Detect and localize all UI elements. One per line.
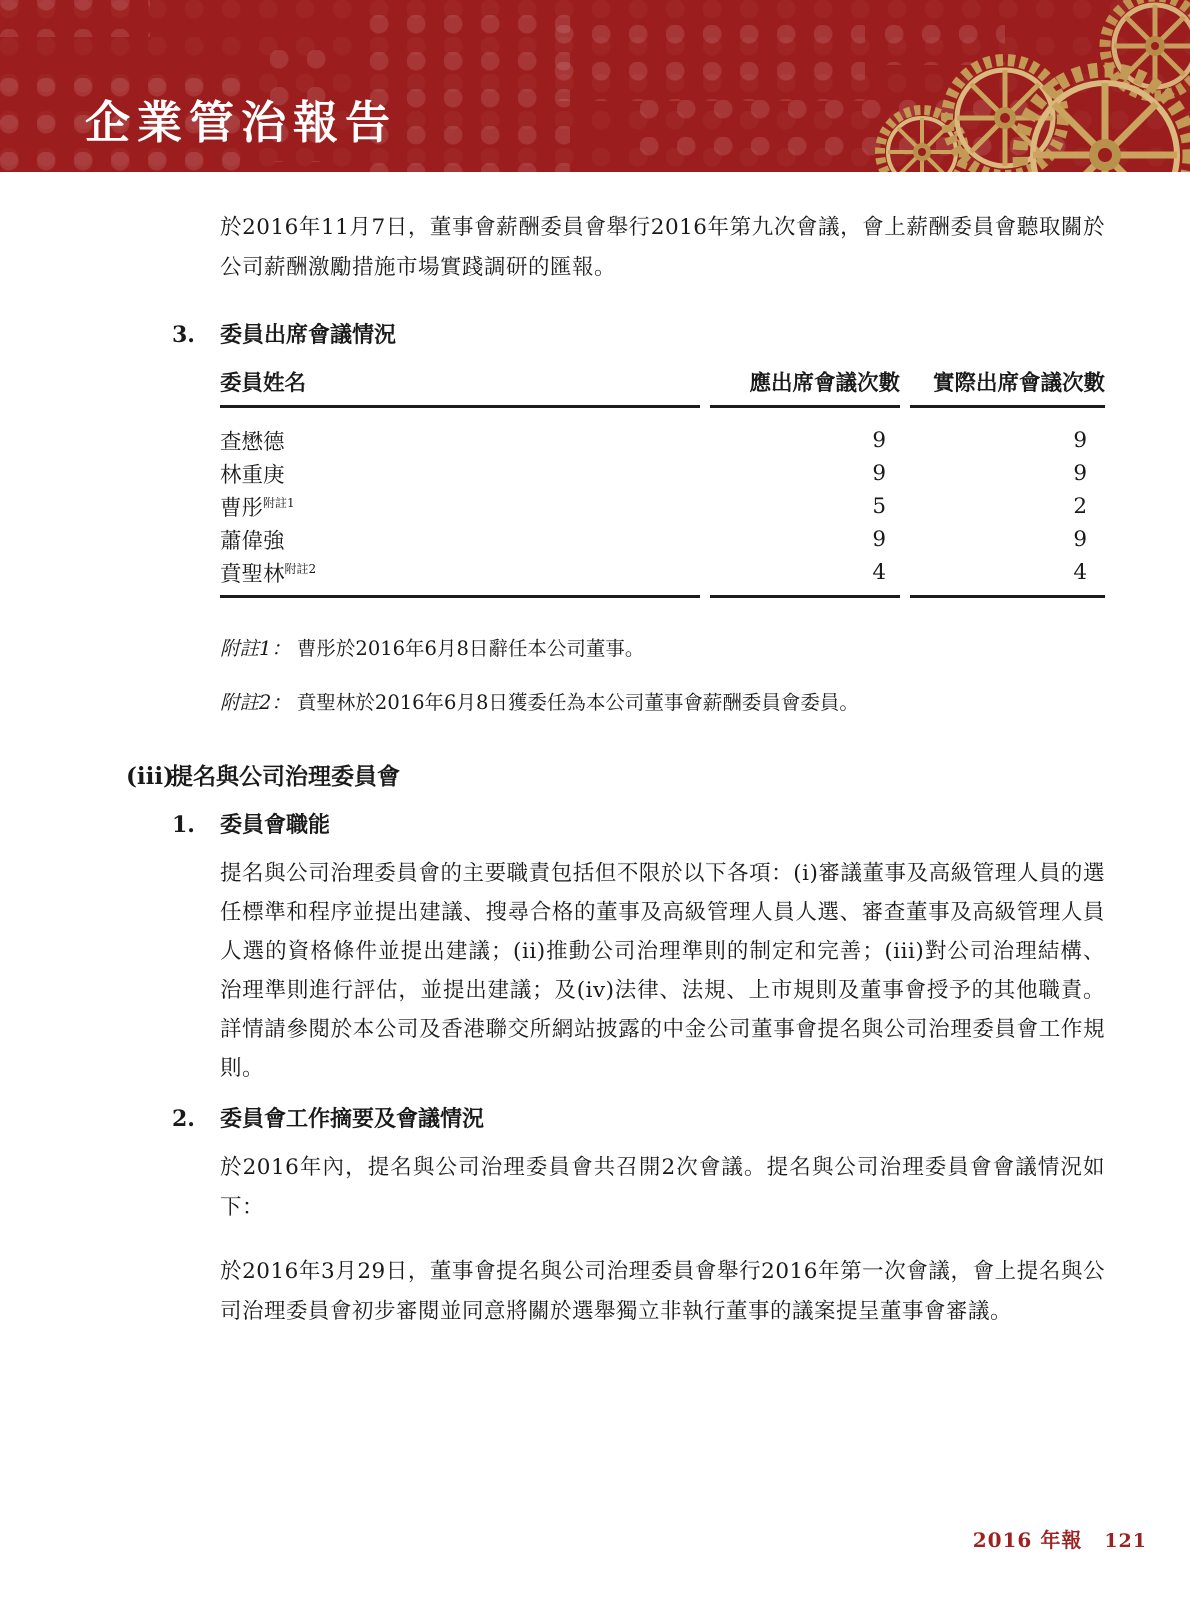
required-count: 9	[710, 457, 900, 490]
actual-count: 9	[910, 523, 1105, 556]
table-header-row: 委員姓名 應出席會議次數 實際出席會議次數	[220, 360, 1105, 408]
page-content: 於2016年11月7日，董事會薪酬委員會舉行2016年第九次會議，會上薪酬委員會…	[0, 172, 1190, 1332]
dot-pattern	[555, 25, 865, 101]
required-count: 4	[710, 556, 900, 598]
section-3-heading: 3. 委員出席會議情況	[172, 320, 1105, 350]
report-name: 2016 年報	[973, 1524, 1083, 1553]
table-row: 蕭偉強 9 9	[220, 523, 1105, 556]
section-number: 3.	[172, 320, 220, 350]
page-footer: 2016 年報 121	[973, 1524, 1147, 1553]
member-name: 賁聖林	[220, 562, 285, 587]
gears-decoration-image	[850, 0, 1190, 172]
required-count: 5	[710, 490, 900, 523]
first-meeting-paragraph: 於2016年3月29日，董事會提名與公司治理委員會舉行2016年第一次會議，會上…	[220, 1252, 1105, 1332]
column-header-required-attendance: 應出席會議次數	[710, 360, 900, 408]
actual-count: 9	[910, 457, 1105, 490]
report-page: 企業管治報告 於2016年11月7日，董事會薪酬委員會舉行2016年第九次會議，…	[0, 0, 1190, 1615]
table-row: 林重庚 9 9	[220, 457, 1105, 490]
required-count: 9	[710, 408, 900, 457]
member-name: 蕭偉強	[220, 529, 285, 554]
footnote-text: 曹彤於2016年6月8日辭任本公司董事。	[297, 637, 644, 660]
subsection-1-heading: 1. 委員會職能	[172, 810, 1105, 840]
meetings-summary-paragraph: 於2016年內，提名與公司治理委員會共召開2次會議。提名與公司治理委員會會議情況…	[220, 1148, 1105, 1228]
footnote-2: 附註2：賁聖林於2016年6月8日獲委任為本公司董事會薪酬委員會委員。	[220, 690, 1105, 716]
member-name: 曹彤	[220, 496, 263, 521]
footnote-ref: 附註2	[285, 562, 317, 576]
section-number: 2.	[172, 1104, 220, 1134]
table-row: 查懋德 9 9	[220, 408, 1105, 457]
footnote-ref: 附註1	[263, 496, 295, 510]
column-header-actual-attendance: 實際出席會議次數	[910, 360, 1105, 408]
section-title: 委員出席會議情況	[220, 320, 396, 350]
table-row: 曹彤附註1 5 2	[220, 490, 1105, 523]
subsection-2-heading: 2. 委員會工作摘要及會議情況	[172, 1104, 1105, 1134]
section-title: 委員會工作摘要及會議情況	[220, 1104, 484, 1134]
required-count: 9	[710, 523, 900, 556]
footnote-1: 附註1：曹彤於2016年6月8日辭任本公司董事。	[220, 636, 1105, 662]
section-title: 提名與公司治理委員會	[170, 762, 400, 792]
footnote-text: 賁聖林於2016年6月8日獲委任為本公司董事會薪酬委員會委員。	[297, 691, 859, 714]
member-name: 林重庚	[220, 463, 285, 488]
page-title: 企業管治報告	[85, 100, 397, 145]
remuneration-meeting-paragraph: 於2016年11月7日，董事會薪酬委員會舉行2016年第九次會議，會上薪酬委員會…	[220, 208, 1105, 288]
actual-count: 9	[910, 408, 1105, 457]
dot-pattern	[370, 15, 570, 172]
table-row: 賁聖林附註2 4 4	[220, 556, 1105, 598]
member-name: 查懋德	[220, 430, 285, 455]
section-title: 委員會職能	[220, 810, 330, 840]
page-header-banner: 企業管治報告	[0, 0, 1190, 172]
section-number: (iii)	[126, 762, 170, 792]
footnote-label: 附註2：	[220, 691, 291, 714]
section-number: 1.	[172, 810, 220, 840]
actual-count: 2	[910, 490, 1105, 523]
dot-pattern	[0, 0, 150, 37]
page-number: 121	[1104, 1530, 1147, 1552]
attendance-table: 委員姓名 應出席會議次數 實際出席會議次數 查懋德 9 9 林重庚 9 9 曹彤…	[210, 360, 1115, 598]
footnote-label: 附註1：	[220, 637, 291, 660]
committee-duties-paragraph: 提名與公司治理委員會的主要職責包括但不限於以下各項：(i)審議董事及高級管理人員…	[220, 854, 1105, 1088]
column-header-member-name: 委員姓名	[220, 360, 700, 408]
actual-count: 4	[910, 556, 1105, 598]
section-iii-heading: (iii) 提名與公司治理委員會	[126, 762, 1105, 792]
